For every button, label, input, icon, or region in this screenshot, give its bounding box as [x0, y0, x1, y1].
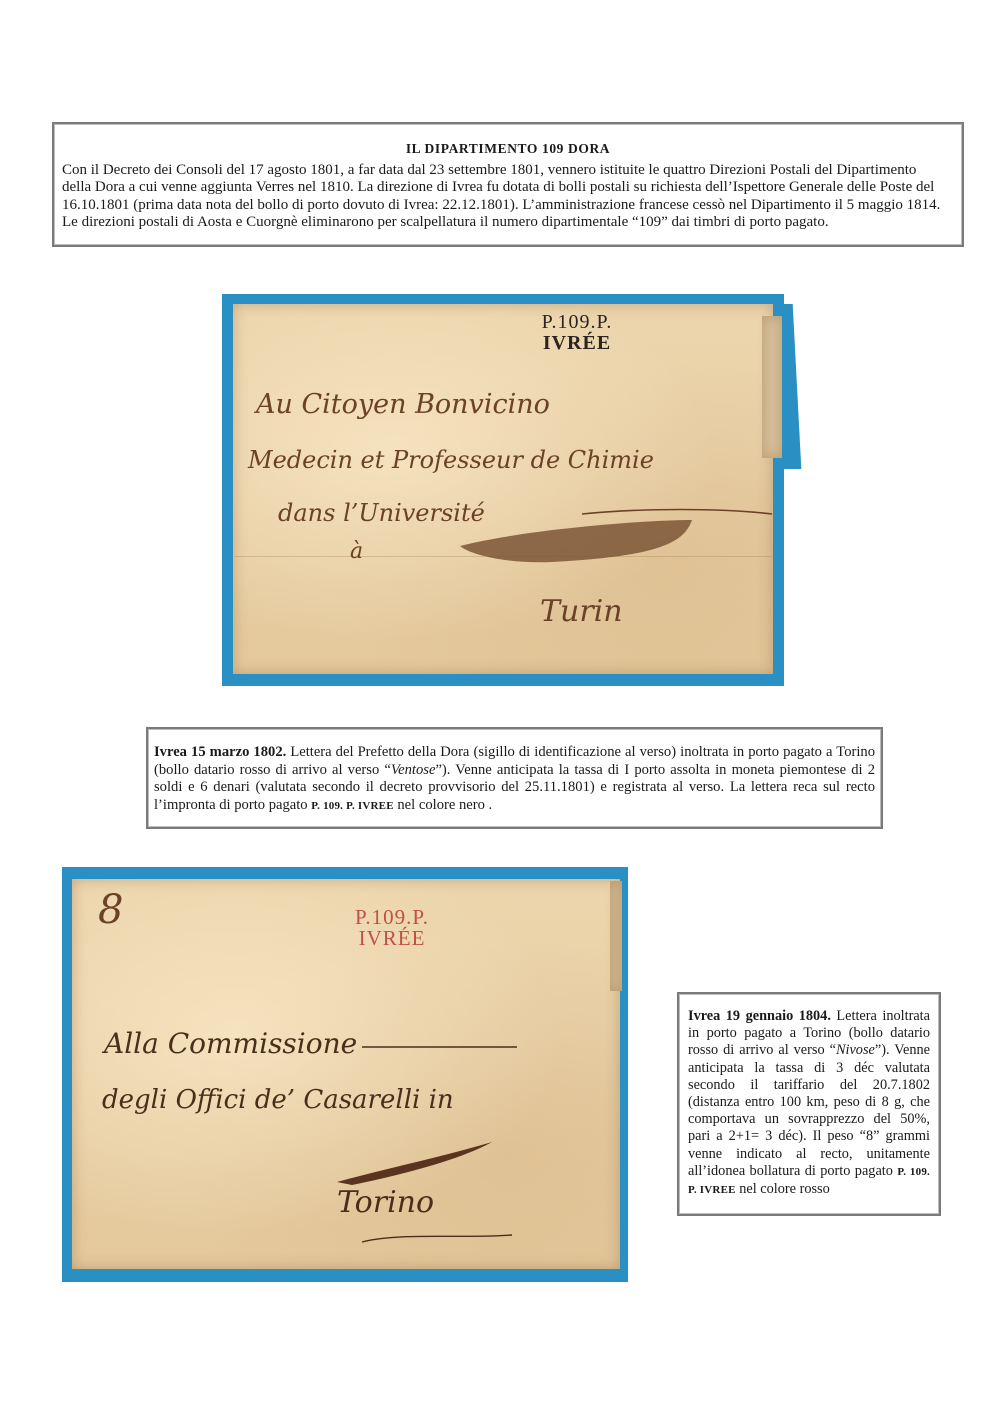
- caption-letter-2: Ivrea 19 gennaio 1804. Lettera inoltrata…: [677, 992, 941, 1216]
- ink-strokes: [62, 867, 632, 1282]
- stamp-reference: P. 109. P. IVREE: [311, 800, 393, 812]
- ink-strokes: [222, 294, 797, 686]
- caption-text: Ivrea 19 gennaio 1804. Lettera inoltrata…: [688, 1008, 930, 1199]
- intro-line: della Dora a cui venne aggiunta Verres n…: [62, 179, 954, 197]
- intro-line: 16.10.1801 (prima data nota del bollo di…: [62, 197, 954, 215]
- caption-heading: Ivrea 19 gennaio 1804.: [688, 1008, 831, 1024]
- intro-textbox: IL DIPARTIMENTO 109 DORA Con il Decreto …: [52, 122, 964, 247]
- letter-1-image: P.109.P. IVRÉE Au Citoyen Bonvicino Mede…: [222, 294, 797, 686]
- intro-line: Con il Decreto dei Consoli del 17 agosto…: [62, 162, 954, 180]
- caption-text: Ivrea 15 marzo 1802. Lettera del Prefett…: [154, 744, 875, 815]
- intro-line: Le direzioni postali di Aosta e Cuorgnè …: [62, 214, 954, 232]
- caption-heading: Ivrea 15 marzo 1802.: [154, 744, 286, 760]
- page-title: IL DIPARTIMENTO 109 DORA: [62, 140, 954, 158]
- letter-2-image: 8 P.109.P. IVRÉE Alla Commissione degli …: [62, 867, 632, 1282]
- caption-letter-1: Ivrea 15 marzo 1802. Lettera del Prefett…: [146, 727, 883, 829]
